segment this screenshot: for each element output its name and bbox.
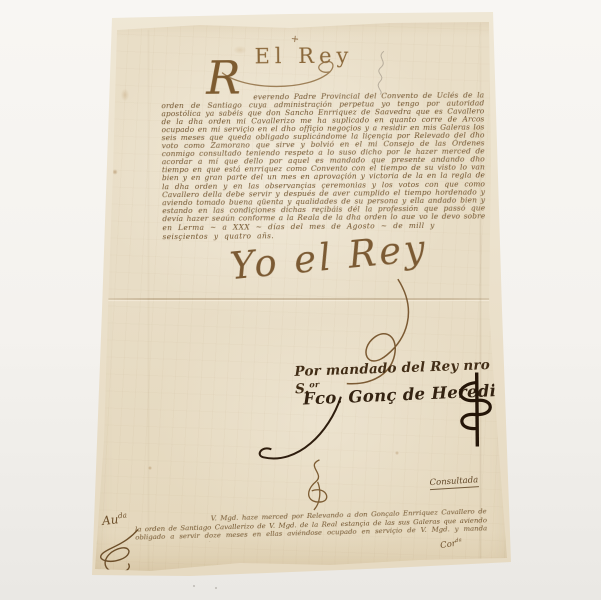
- corner-collation-note: Corda: [440, 537, 463, 551]
- background-speck: [193, 585, 195, 587]
- secretary-rubric-knot: [447, 370, 496, 450]
- document-area: + El Rey R everendo Padre Provincial del…: [90, 10, 512, 578]
- background-speck: [215, 587, 217, 589]
- corner-note-text: Cor: [440, 539, 457, 551]
- letter-body-text: everendo Padre Provincial del Convento d…: [161, 91, 485, 221]
- order-line-superscript: or: [309, 379, 319, 389]
- docket-summary-text: V. Mgd. haze merced por Relevando a don …: [135, 507, 488, 543]
- manuscript-page: + El Rey R everendo Padre Provincial del…: [90, 10, 512, 578]
- corner-note-superscript: da: [455, 537, 462, 544]
- ink-content: + El Rey R everendo Padre Provincial del…: [88, 8, 515, 580]
- faint-paraph-mark: [370, 49, 394, 95]
- central-paraph-flourish: [297, 456, 335, 512]
- chancery-note-right: Consultada: [429, 475, 478, 490]
- margin-note-superscript: da: [117, 510, 127, 520]
- photograph-of-royal-letter: + El Rey R everendo Padre Provincial del…: [0, 0, 601, 600]
